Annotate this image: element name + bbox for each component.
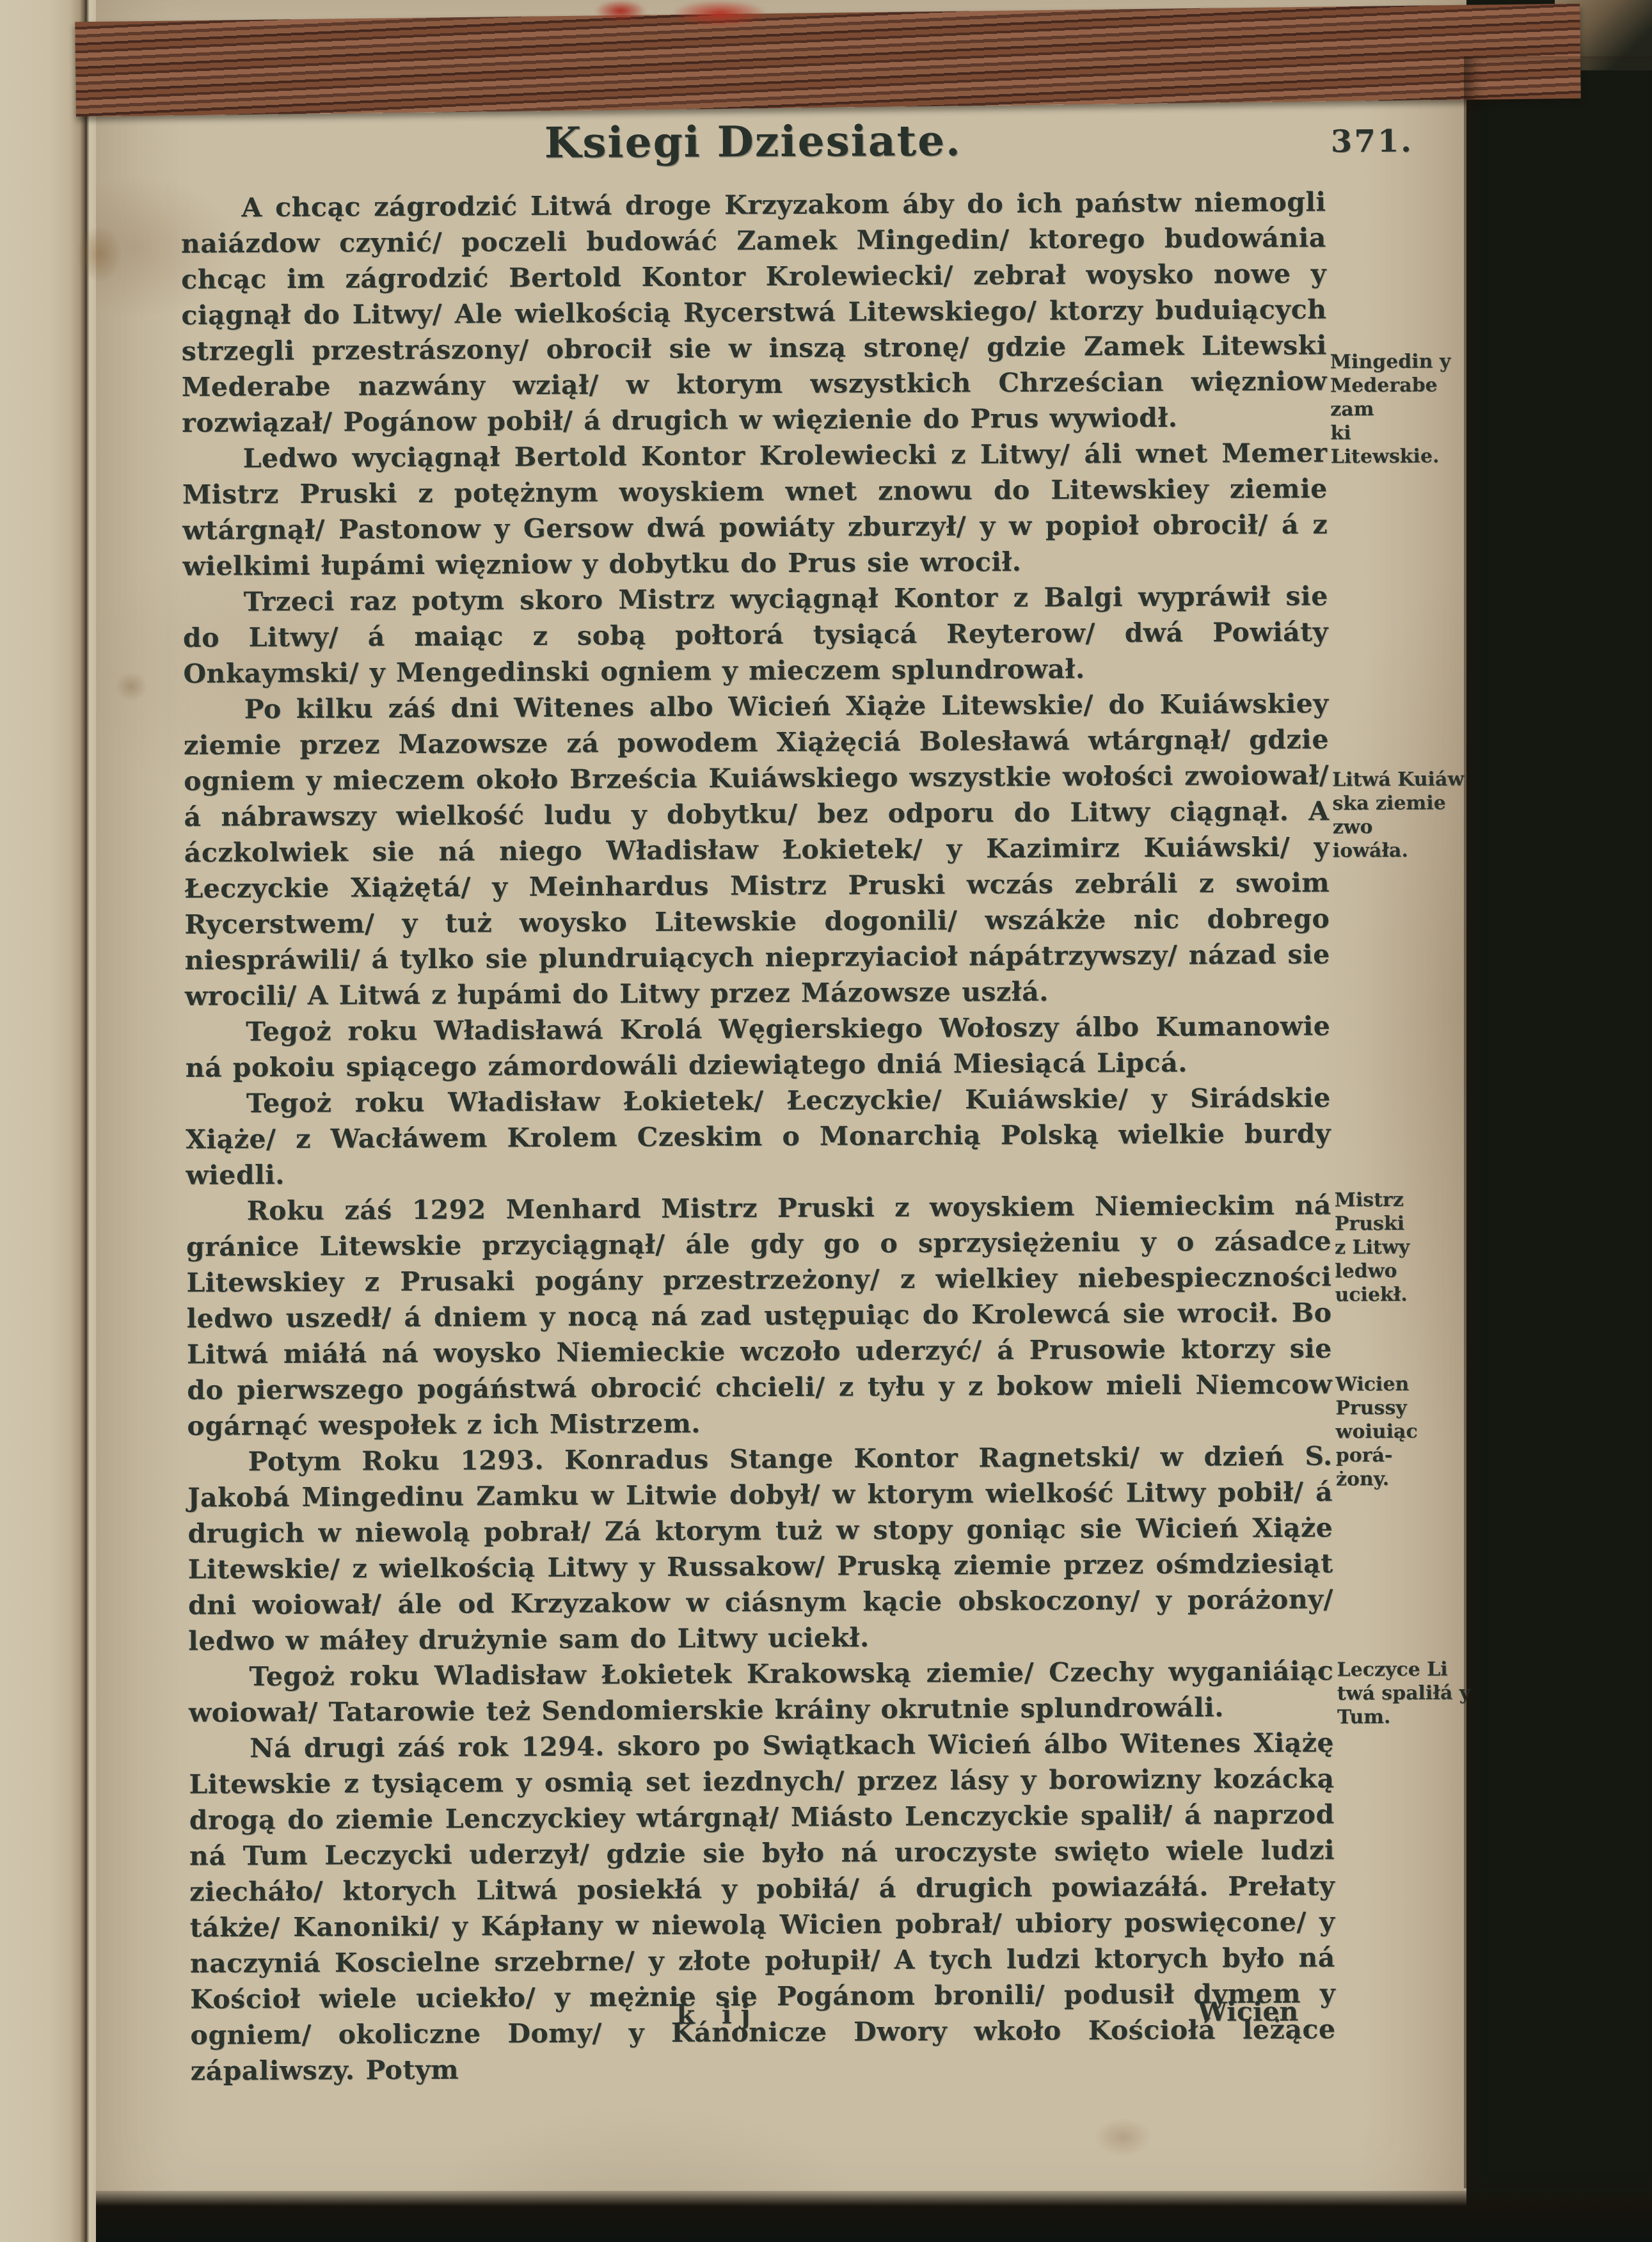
page-paper: Ksiegi Dziesiate. 371. A chcąc zágrodzić… — [96, 0, 1466, 2242]
catchword: Wicien — [1198, 1996, 1299, 2028]
body-text: A chcąc zágrodzić Litwá droge Krzyzakom … — [180, 184, 1336, 2089]
signature-row: k ij Wicien — [190, 1996, 1335, 2040]
paragraph: Roku záś 1292 Menhard Mistrz Pruski z wo… — [186, 1188, 1333, 1444]
book-scan: Ksiegi Dziesiate. 371. A chcąc zágrodzić… — [0, 0, 1652, 2242]
margin-note: Leczyce Li twá spaliłá y Tum. — [1337, 1657, 1472, 1729]
margin-note: Mingedin y Mederabe zam ki Litewskie. — [1330, 349, 1465, 468]
red-edge-mark — [672, 0, 768, 27]
margin-note: Litwá Kuiáw ska ziemie zwo iowáła. — [1332, 767, 1467, 863]
signature-mark: k ij — [676, 1999, 759, 2030]
scan-background-bottom — [96, 2191, 1652, 2242]
paragraph: Potym Roku 1293. Konradus Stange Kontor … — [187, 1438, 1334, 1658]
running-title: Ksiegi Dziesiate. — [180, 114, 1326, 170]
paragraph: Po kilku záś dni Witenes albo Wicień Xią… — [183, 686, 1330, 1014]
red-edge-mark — [595, 0, 646, 22]
paragraph: Tegoż roku Władisław Łokietek/ Łeczyckie… — [186, 1080, 1331, 1193]
paragraph: Trzeci raz potym skoro Mistrz wyciągnął … — [183, 578, 1329, 692]
page-edges-fore-edge — [1464, 56, 1652, 2188]
margin-note: Mistrz Pruski z Litwy ledwo uciekł. — [1335, 1188, 1470, 1307]
page-number: 371. — [1331, 123, 1472, 159]
paragraph: Tegoż roku Wladisław Łokietek Krakowską … — [188, 1653, 1334, 1730]
page-edges-top — [75, 4, 1581, 117]
page-content: Ksiegi Dziesiate. 371. A chcąc zágrodzić… — [90, 0, 1472, 2242]
paragraph: Ledwo wyciągnął Bertold Kontor Krolewiec… — [182, 435, 1328, 584]
paragraph: Tegoż roku Władisławá Krolá Węgierskiego… — [185, 1008, 1331, 1086]
margin-note: Wicien Prussy woiuiąc porá- żony. — [1335, 1372, 1470, 1491]
facing-page-gutter — [0, 0, 97, 2242]
paragraph: A chcąc zágrodzić Litwá droge Krzyzakom … — [180, 184, 1327, 441]
